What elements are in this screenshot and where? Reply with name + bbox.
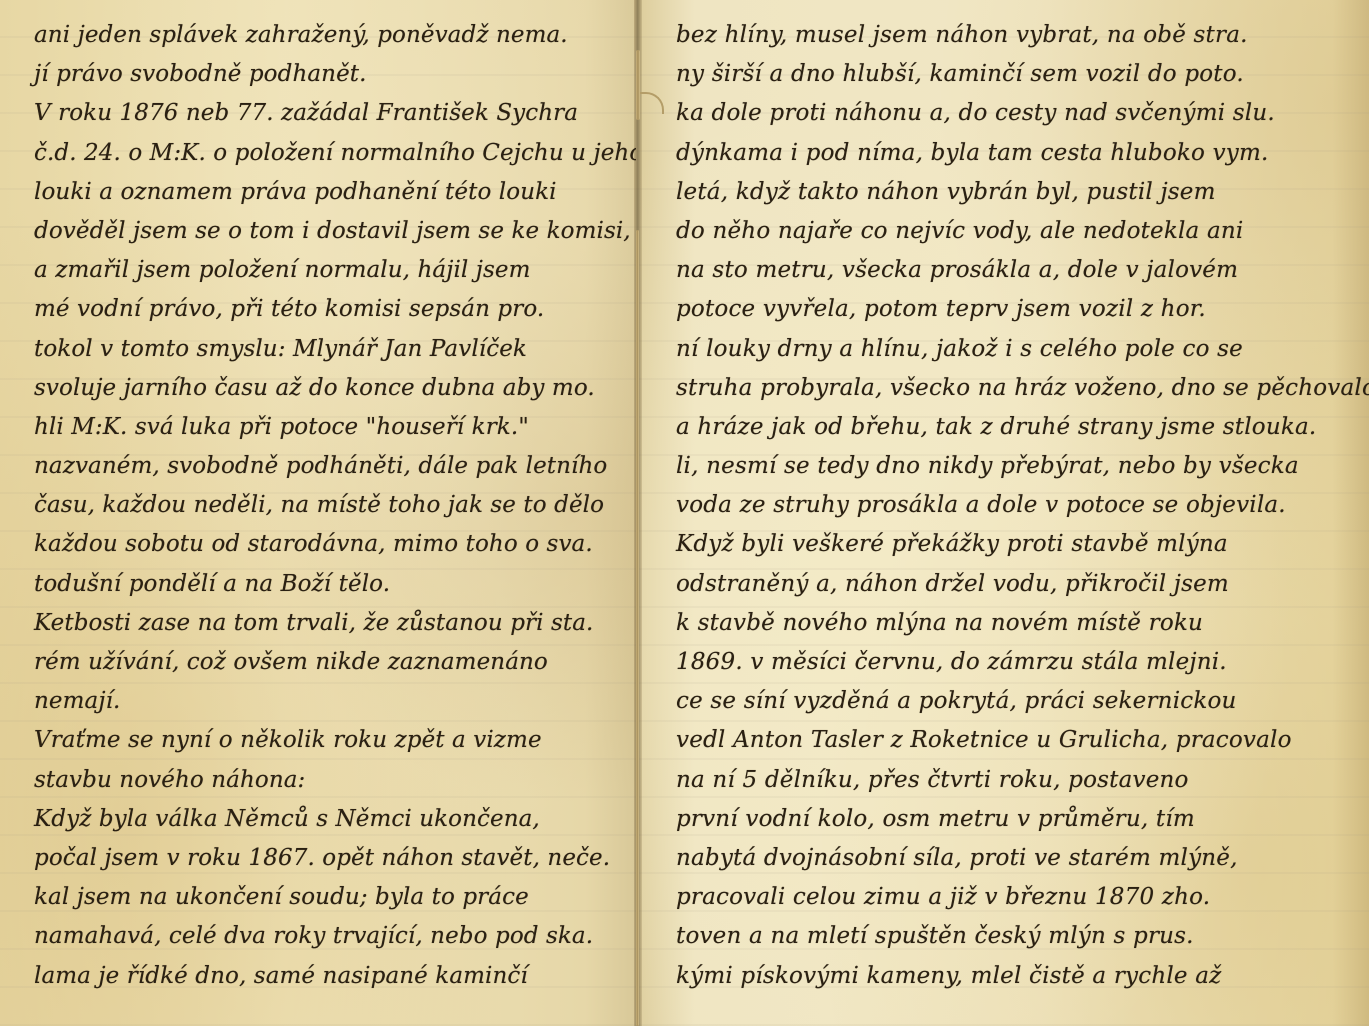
manuscript-line: a hráze jak od břehu, tak z druhé strany… [676, 408, 1339, 447]
manuscript-line: todušní pondělí a na Boží tělo. [34, 565, 620, 604]
manuscript-line: voda ze struhy prosákla a dole v potoce … [676, 486, 1339, 525]
manuscript-line: č.d. 24. o M:K. o položení normalního Ce… [34, 134, 620, 173]
manuscript-line: bez hlíny, musel jsem náhon vybrat, na o… [676, 16, 1339, 55]
manuscript-line: ní louky drny a hlínu, jakož i s celého … [676, 330, 1339, 369]
manuscript-line: první vodní kolo, osm metru v průměru, t… [676, 800, 1339, 839]
manuscript-line: na ní 5 dělníku, přes čtvrti roku, posta… [676, 761, 1339, 800]
manuscript-line: nemají. [34, 682, 620, 721]
manuscript-line: Když byli veškeré překážky proti stavbě … [676, 525, 1339, 564]
right-page: bez hlíny, musel jsem náhon vybrat, na o… [636, 0, 1369, 1026]
manuscript-line: dýnkama i pod níma, byla tam cesta hlubo… [676, 134, 1339, 173]
manuscript-line: a zmařil jsem položení normalu, hájil js… [34, 251, 620, 290]
manuscript-line: dověděl jsem se o tom i dostavil jsem se… [34, 212, 620, 251]
manuscript-line: hli M:K. svá luka při potoce "houseří kr… [34, 408, 620, 447]
manuscript-line: kými pískovými kameny, mlel čistě a rych… [676, 957, 1339, 996]
manuscript-line: V roku 1876 neb 77. zažádal František Sy… [34, 94, 620, 133]
manuscript-line: 1869. v měsíci červnu, do zámrzu stála m… [676, 643, 1339, 682]
manuscript-line: namahavá, celé dva roky trvající, nebo p… [34, 917, 620, 956]
manuscript-line: do něho najaře co nejvíc vody, ale nedot… [676, 212, 1339, 251]
manuscript-line: počal jsem v roku 1867. opět náhon stavě… [34, 839, 620, 878]
manuscript-line: mé vodní právo, při této komisi sepsán p… [34, 290, 620, 329]
manuscript-line: struha probyrala, všecko na hráz voženo,… [676, 369, 1339, 408]
manuscript-line: ka dole proti náhonu a, do cesty nad svč… [676, 94, 1339, 133]
right-page-text: bez hlíny, musel jsem náhon vybrat, na o… [676, 16, 1339, 996]
manuscript-line: svoluje jarního času až do konce dubna a… [34, 369, 620, 408]
manuscript-line: ani jeden splávek zahražený, poněvadž ne… [34, 16, 620, 55]
manuscript-line: Když byla válka Němců s Němci ukončena, [34, 800, 620, 839]
manuscript-line: ny širší a dno hlubší, kaminčí sem vozil… [676, 55, 1339, 94]
manuscript-line: nabytá dvojnásobní síla, proti ve starém… [676, 839, 1339, 878]
manuscript-line: kal jsem na ukončení soudu; byla to prác… [34, 878, 620, 917]
manuscript-line: odstraněný a, náhon držel vodu, přikroči… [676, 565, 1339, 604]
binding-thread-bottom [636, 230, 639, 1026]
left-page-text: ani jeden splávek zahražený, poněvadž ne… [34, 16, 620, 996]
manuscript-line: jí právo svobodně podhanět. [34, 55, 620, 94]
left-page: ani jeden splávek zahražený, poněvadž ne… [0, 0, 636, 1026]
manuscript-line: nazvaném, svobodně podháněti, dále pak l… [34, 447, 620, 486]
manuscript-line: stavbu nového náhona: [34, 761, 620, 800]
manuscript-line: Vraťme se nyní o několik roku zpět a viz… [34, 721, 620, 760]
manuscript-line: na sto metru, všecka prosákla a, dole v … [676, 251, 1339, 290]
manuscript-line: toven a na mletí spuštěn český mlýn s pr… [676, 917, 1339, 956]
manuscript-line: Ketbosti zase na tom trvali, že zůstanou… [34, 604, 620, 643]
manuscript-line: rém užívání, což ovšem nikde zaznamenáno [34, 643, 620, 682]
manuscript-line: pracovali celou zimu a již v březnu 1870… [676, 878, 1339, 917]
manuscript-line: ce se síní vyzděná a pokrytá, práci seke… [676, 682, 1339, 721]
manuscript-line: k stavbě nového mlýna na novém místě rok… [676, 604, 1339, 643]
manuscript-line: potoce vyvřela, potom teprv jsem vozil z… [676, 290, 1339, 329]
manuscript-line: každou sobotu od starodávna, mimo toho o… [34, 525, 620, 564]
manuscript-line: li, nesmí se tedy dno nikdy přebýrat, ne… [676, 447, 1339, 486]
manuscript-line: louki a oznamem práva podhanění této lou… [34, 173, 620, 212]
manuscript-line: tokol v tomto smyslu: Mlynář Jan Pavlíče… [34, 330, 620, 369]
manuscript-line: letá, když takto náhon vybrán byl, pusti… [676, 173, 1339, 212]
manuscript-line: vedl Anton Tasler z Roketnice u Grulicha… [676, 721, 1339, 760]
manuscript-spread: ani jeden splávek zahražený, poněvadž ne… [0, 0, 1369, 1026]
manuscript-line: času, každou neděli, na místě toho jak s… [34, 486, 620, 525]
manuscript-line: lama je řídké dno, samé nasipané kaminčí [34, 957, 620, 996]
